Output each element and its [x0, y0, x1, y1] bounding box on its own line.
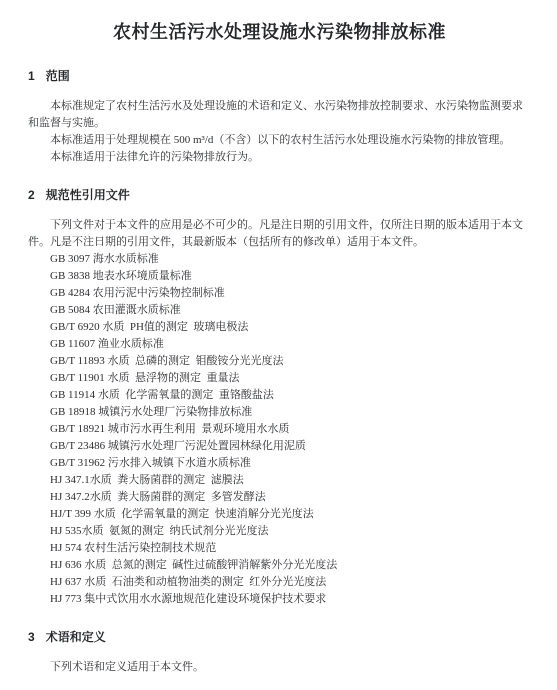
section-normative-references: 2 规范性引用文件 下列文件对于本文件的应用是必不可少的。凡是注日期的引用文件，… [28, 188, 531, 608]
reference-item: GB 11607 渔业水质标准 [28, 336, 531, 353]
reference-item: GB 5084 农田灌溉水质标准 [28, 302, 531, 319]
reference-item: HJ 535水质 氨氮的测定 纳氏试剂分光光度法 [28, 523, 531, 540]
reference-item: HJ 347.1水质 粪大肠菌群的测定 滤膜法 [28, 472, 531, 489]
reference-item: GB/T 11893 水质 总磷的测定 钼酸铵分光光度法 [28, 353, 531, 370]
reference-item: HJ 637 水质 石油类和动植物油类的测定 红外分光光度法 [28, 574, 531, 591]
section-number: 1 [28, 69, 35, 83]
reference-item: GB/T 6920 水质 PH值的测定 玻璃电极法 [28, 319, 531, 336]
section-references-heading: 2 规范性引用文件 [28, 188, 531, 202]
reference-item: GB/T 23486 城镇污水处理厂污泥处置园林绿化用泥质 [28, 438, 531, 455]
scope-paragraph-1: 本标准规定了农村生活污水及处理设施的术语和定义、水污染物排放控制要求、水污染物监… [28, 98, 531, 132]
references-intro-paragraph: 下列文件对于本文件的应用是必不可少的。凡是注日期的引用文件，仅所注日期的版本适用… [28, 217, 531, 251]
reference-item: HJ 347.2水质 粪大肠菌群的测定 多管发酵法 [28, 489, 531, 506]
reference-item: GB/T 11901 水质 悬浮物的测定 重量法 [28, 370, 531, 387]
section-scope: 1 范围 本标准规定了农村生活污水及处理设施的术语和定义、水污染物排放控制要求、… [28, 69, 531, 166]
section-title: 规范性引用文件 [46, 188, 130, 202]
document-page: 农村生活污水处理设施水污染物排放标准 1 范围 本标准规定了农村生活污水及处理设… [0, 0, 557, 690]
reference-item: HJ 574 农村生活污染控制技术规范 [28, 540, 531, 557]
reference-item: HJ 636 水质 总氮的测定 碱性过硫酸钾消解紫外分光光度法 [28, 557, 531, 574]
section-title: 术语和定义 [46, 630, 106, 644]
section-terms-definitions: 3 术语和定义 下列术语和定义适用于本文件。 [28, 630, 531, 676]
reference-item: GB 3838 地表水环境质量标准 [28, 268, 531, 285]
section-number: 2 [28, 188, 35, 202]
section-title: 范围 [46, 69, 70, 83]
reference-item: GB 11914 水质 化学需氧量的测定 重铬酸盐法 [28, 387, 531, 404]
scope-paragraph-2: 本标准适用于处理规模在 500 m³/d（不含）以下的农村生活污水处理设施水污染… [28, 132, 531, 149]
reference-item: HJ/T 399 水质 化学需氧量的测定 快速消解分光光度法 [28, 506, 531, 523]
reference-item: GB 4284 农用污泥中污染物控制标准 [28, 285, 531, 302]
reference-item: HJ 773 集中式饮用水水源地规范化建设环境保护技术要求 [28, 591, 531, 608]
document-title: 农村生活污水处理设施水污染物排放标准 [28, 22, 531, 43]
scope-paragraph-3: 本标准适用于法律允许的污染物排放行为。 [28, 149, 531, 166]
reference-item: GB 3097 海水水质标准 [28, 251, 531, 268]
reference-item: GB 18918 城镇污水处理厂污染物排放标准 [28, 404, 531, 421]
reference-list: GB 3097 海水水质标准 GB 3838 地表水环境质量标准 GB 4284… [28, 251, 531, 608]
terms-intro-paragraph: 下列术语和定义适用于本文件。 [28, 659, 531, 676]
section-terms-heading: 3 术语和定义 [28, 630, 531, 644]
section-scope-heading: 1 范围 [28, 69, 531, 83]
reference-item: GB/T 18921 城市污水再生利用 景观环境用水水质 [28, 421, 531, 438]
section-number: 3 [28, 630, 35, 644]
reference-item: GB/T 31962 污水排入城镇下水道水质标准 [28, 455, 531, 472]
